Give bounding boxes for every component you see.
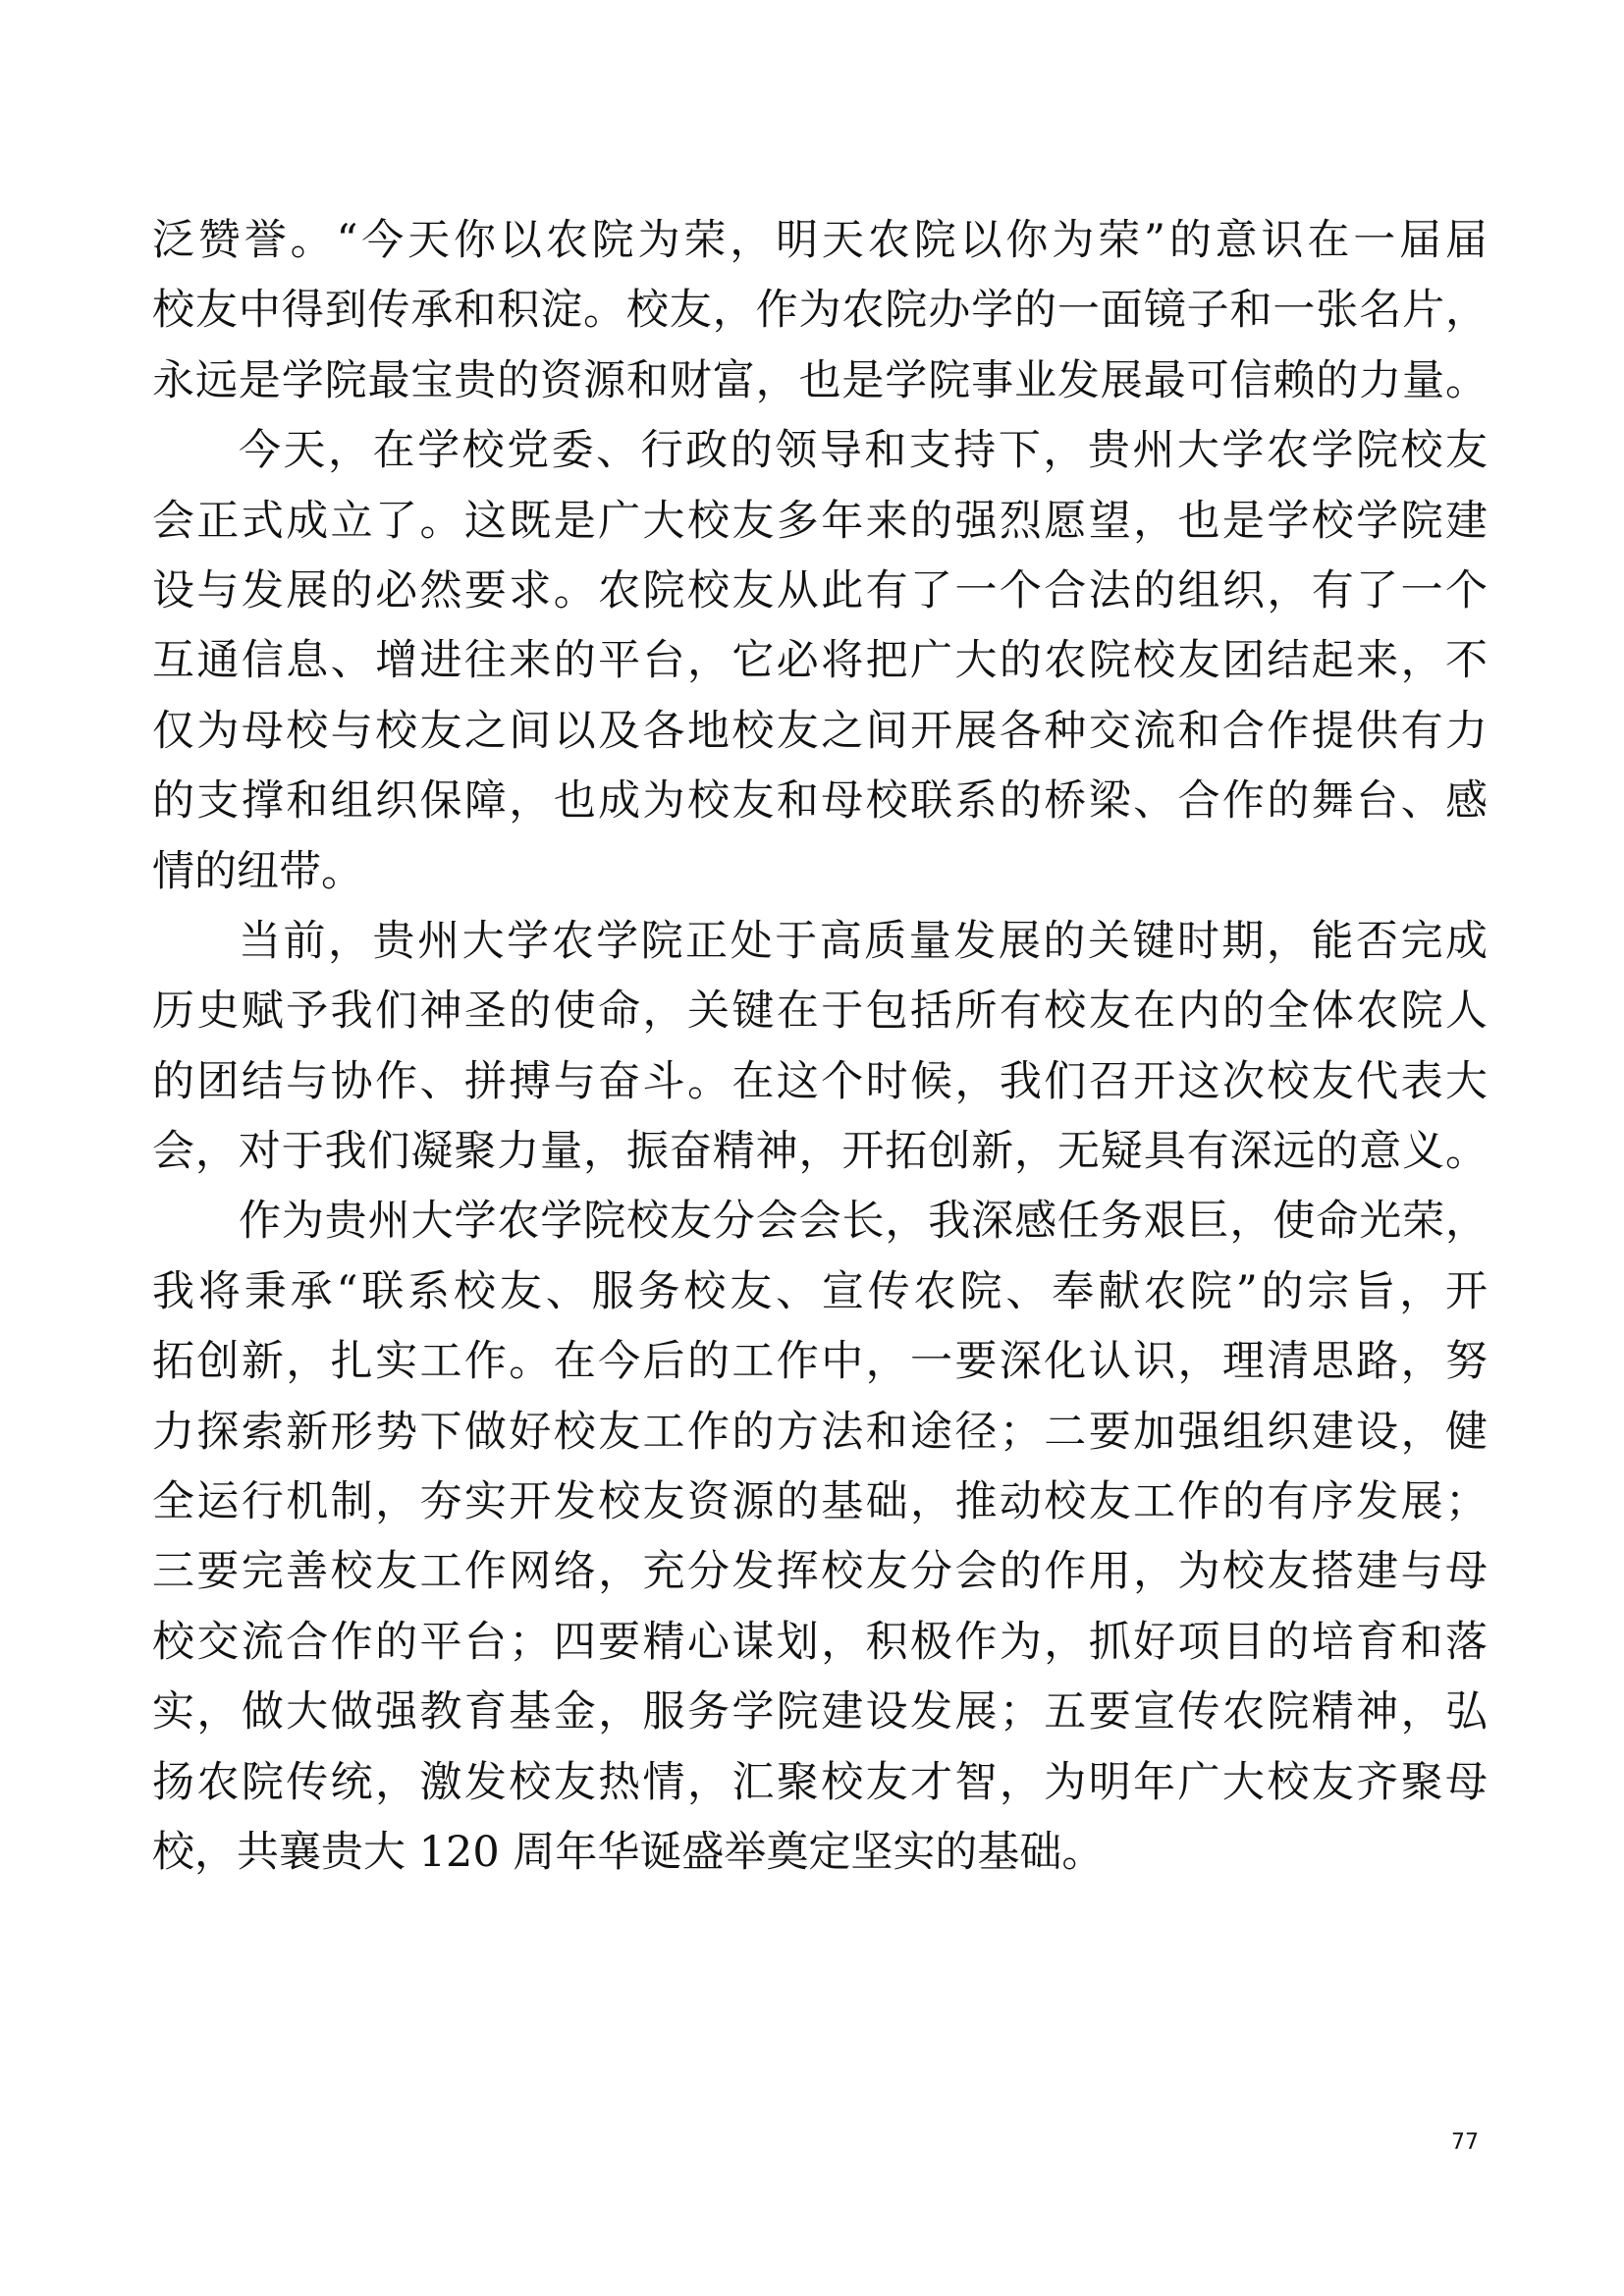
body-text: 泛赞誉。“今天你以农院为荣，明天农院以你为荣”的意识在一届届 校友中得到传承和积… — [152, 206, 1488, 1888]
text-line: 当前，贵州大学农学院正处于高质量发展的关键时期，能否完成 — [152, 907, 1488, 977]
text-line: 今天，在学校党委、行政的领导和支持下，贵州大学农学院校友 — [152, 416, 1488, 486]
paragraph-4: 作为贵州大学农学院校友分会会长，我深感任务艰巨，使命光荣， 我将秉承“联系校友、… — [152, 1187, 1488, 1888]
text-line: 我将秉承“联系校友、服务校友、宣传农院、奉献农院”的宗旨，开 — [152, 1257, 1488, 1327]
text-line: 互通信息、增进往来的平台，它必将把广大的农院校友团结起来，不 — [152, 626, 1488, 696]
text-line: 历史赋予我们神圣的使命，关键在于包括所有校友在内的全体农院人 — [152, 977, 1488, 1046]
text-line: 的支撑和组织保障，也成为校友和母校联系的桥梁、合作的舞台、感 — [152, 767, 1488, 836]
paragraph-3: 当前，贵州大学农学院正处于高质量发展的关键时期，能否完成 历史赋予我们神圣的使命… — [152, 907, 1488, 1188]
text-line: 实，做大做强教育基金，服务学院建设发展；五要宣传农院精神，弘 — [152, 1678, 1488, 1747]
text-line: 校交流合作的平台；四要精心谋划，积极作为，抓好项目的培育和落 — [152, 1608, 1488, 1678]
paragraph-1: 泛赞誉。“今天你以农院为荣，明天农院以你为荣”的意识在一届届 校友中得到传承和积… — [152, 206, 1488, 416]
document-page: 泛赞誉。“今天你以农院为荣，明天农院以你为荣”的意识在一届届 校友中得到传承和积… — [0, 0, 1624, 2296]
page-number: 77 — [1451, 2130, 1479, 2155]
text-line: 拓创新，扎实工作。在今后的工作中，一要深化认识，理清思路，努 — [152, 1327, 1488, 1397]
text-line: 三要完善校友工作网络，充分发挥校友分会的作用，为校友搭建与母 — [152, 1537, 1488, 1607]
text-line: 永远是学院最宝贵的资源和财富，也是学院事业发展最可信赖的力量。 — [152, 347, 1488, 416]
text-line: 会，对于我们凝聚力量，振奋精神，开拓创新，无疑具有深远的意义。 — [152, 1117, 1488, 1187]
text-line: 仅为母校与校友之间以及各地校友之间开展各种交流和合作提供有力 — [152, 697, 1488, 767]
text-line: 全运行机制，夯实开发校友资源的基础，推动校友工作的有序发展； — [152, 1468, 1488, 1537]
text-line: 的团结与协作、拼搏与奋斗。在这个时候，我们召开这次校友代表大 — [152, 1047, 1488, 1117]
paragraph-2: 今天，在学校党委、行政的领导和支持下，贵州大学农学院校友 会正式成立了。这既是广… — [152, 416, 1488, 907]
text-line: 会正式成立了。这既是广大校友多年来的强烈愿望，也是学校学院建 — [152, 487, 1488, 557]
text-line: 作为贵州大学农学院校友分会会长，我深感任务艰巨，使命光荣， — [152, 1187, 1488, 1256]
text-line: 校友中得到传承和积淀。校友，作为农院办学的一面镜子和一张名片， — [152, 276, 1488, 346]
text-line: 扬农院传统，激发校友热情，汇聚校友才智，为明年广大校友齐聚母 — [152, 1748, 1488, 1818]
text-line: 情的纽带。 — [152, 837, 1488, 907]
text-line: 设与发展的必然要求。农院校友从此有了一个合法的组织，有了一个 — [152, 557, 1488, 626]
text-line: 泛赞誉。“今天你以农院为荣，明天农院以你为荣”的意识在一届届 — [152, 206, 1488, 276]
text-line: 力探索新形势下做好校友工作的方法和途径；二要加强组织建设，健 — [152, 1398, 1488, 1468]
text-line: 校，共襄贵大 120 周年华诞盛举奠定坚实的基础。 — [152, 1818, 1488, 1888]
